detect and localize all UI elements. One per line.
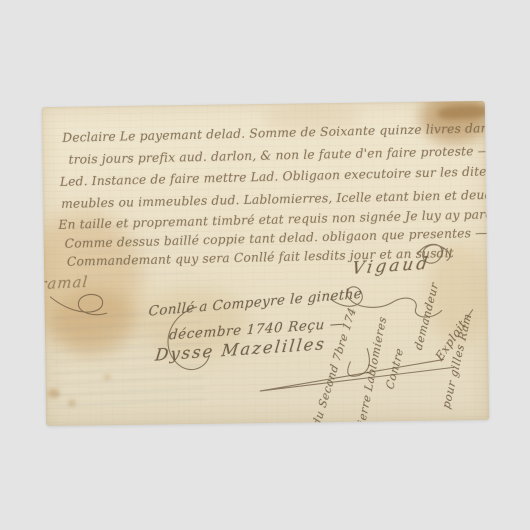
foxing-spot-3 <box>104 374 111 380</box>
vigaud-signature: Vigaud <box>351 253 432 278</box>
manuscript-line-2: trois jours prefix aud. darlon, & non le… <box>68 143 489 166</box>
margin-loop-flourish <box>50 294 106 315</box>
manuscript-photo: Declaire Le payemant delad. Somme de Soi… <box>42 101 489 426</box>
signature-dart-flourish <box>259 359 453 391</box>
docket-line-4: demandeur <box>412 280 441 351</box>
stain-left-lower <box>50 288 137 355</box>
product-background: Declaire Le payemant delad. Somme de Soi… <box>0 0 530 530</box>
foxing-spot-1 <box>48 389 60 398</box>
manuscript-line-4: meubles ou immeubles dud. Lablomierres, … <box>61 187 489 211</box>
foxing-spot-2 <box>68 400 76 407</box>
docket-line-3: Contre <box>384 346 407 391</box>
registration-line-1: Conllé a Compeyre le ginethe <box>148 286 362 320</box>
ink-streak-top-right <box>438 104 490 121</box>
manuscript-line-3: Led. Instance de faire mettre Lad. Oblig… <box>60 163 490 189</box>
manuscript-line-1: Declaire Le payemant delad. Somme de Soi… <box>62 120 489 145</box>
margin-fragment: ramal <box>42 273 89 293</box>
docket-line-2: pierre Lablomieres <box>354 315 389 426</box>
